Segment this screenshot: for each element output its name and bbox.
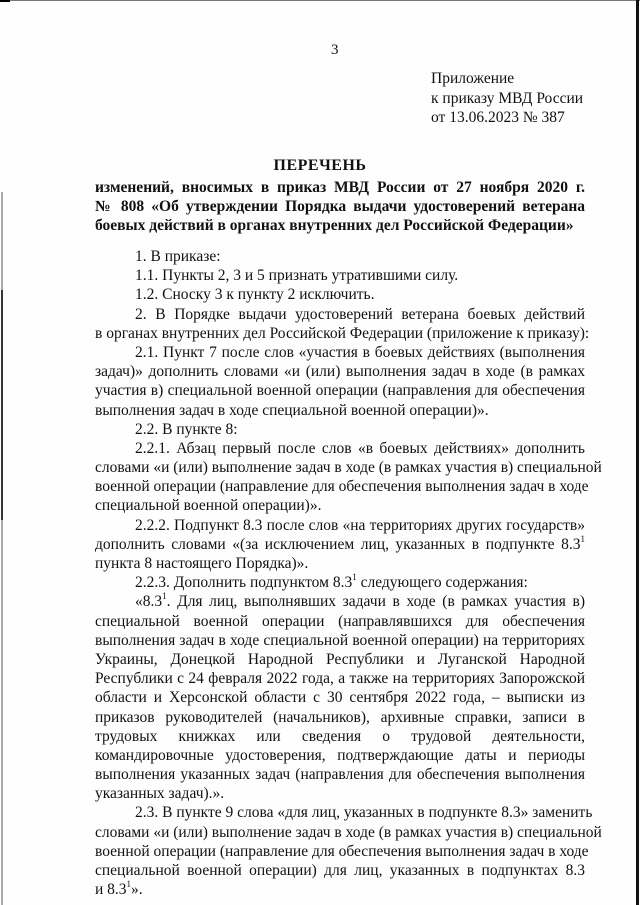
appendix-line: от 13.06.2023 № 387 bbox=[431, 108, 583, 128]
appendix-header: Приложение к приказу МВД России от 13.06… bbox=[431, 69, 583, 128]
body-line: 2.3. В пункте 9 слова «для лиц, указанны… bbox=[95, 803, 585, 822]
body-line: 1.2. Сноску 3 к пункту 2 исключить. bbox=[95, 285, 585, 304]
body-line: пункта 8 настоящего Порядка)». bbox=[95, 554, 585, 573]
body-line: «8.31. Для лиц, выполнявших задачи в ход… bbox=[95, 592, 585, 611]
body-line: словами «и (или) выполнение задач в ходе… bbox=[95, 458, 585, 477]
body-line: специальной военной операции)». bbox=[95, 496, 585, 515]
scan-border-top bbox=[0, 0, 640, 1]
body-line: 2.1. Пункт 7 после слов «участия в боевы… bbox=[95, 343, 585, 362]
page-number: 3 bbox=[331, 42, 339, 59]
body-line: приказов руководителей (начальников), ар… bbox=[95, 708, 585, 727]
body-line: и 8.31». bbox=[95, 880, 585, 899]
body-line: Украины, Донецкой Народной Республики и … bbox=[95, 650, 585, 669]
body-line: 1. В приказе: bbox=[95, 247, 585, 266]
body-line: выполнения задач в ходе специальной воен… bbox=[95, 401, 585, 420]
body-line: 2. В Порядке выдачи удостоверений ветера… bbox=[95, 305, 585, 324]
body-line: военной операции (направление для обеспе… bbox=[95, 842, 585, 861]
body-line: задач)» дополнить словами «и (или) выпол… bbox=[95, 362, 585, 381]
document-title: ПЕРЕЧЕНЬ bbox=[0, 157, 640, 175]
scan-mark-top bbox=[0, 0, 10, 2]
body-line: военной операции (направление для обеспе… bbox=[95, 477, 585, 496]
superscript: 1 bbox=[352, 572, 357, 582]
superscript: 1 bbox=[162, 591, 167, 601]
superscript: 1 bbox=[127, 879, 132, 889]
body-line: трудовых книжках или сведения о трудовой… bbox=[95, 727, 585, 746]
subtitle-line: изменений, вносимых в приказ МВД России … bbox=[95, 178, 585, 197]
body-line: 2.2.1. Абзац первый после слов «в боевых… bbox=[95, 439, 585, 458]
body-line: в органах внутренних дел Российской Феде… bbox=[95, 324, 585, 343]
body-line: выполнения указанных задач (направления … bbox=[95, 765, 585, 784]
superscript: 1 bbox=[581, 534, 586, 544]
body-line: 1.1. Пункты 2, 3 и 5 признать утратившим… bbox=[95, 266, 585, 285]
body-line: выполнения задач в ходе специальной воен… bbox=[95, 631, 585, 650]
scan-border-left-dark bbox=[1, 290, 3, 520]
body-line: Республики с 24 февраля 2022 года, а так… bbox=[95, 669, 585, 688]
subtitle-line: боевых действий в органах внутренних дел… bbox=[95, 216, 585, 235]
body-line: дополнить словами «(за исключением лиц, … bbox=[95, 535, 585, 554]
appendix-line: Приложение bbox=[431, 69, 583, 89]
body-line: 2.2.2. Подпункт 8.3 после слов «на терри… bbox=[95, 516, 585, 535]
document-body: 1. В приказе:1.1. Пункты 2, 3 и 5 призна… bbox=[95, 247, 585, 899]
body-line: указанных задач).». bbox=[95, 784, 585, 803]
body-line: участия в) специальной военной операции … bbox=[95, 381, 585, 400]
body-line: 2.2.3. Дополнить подпунктом 8.31 следующ… bbox=[95, 573, 585, 592]
body-line: специальной военной операции) для лиц, у… bbox=[95, 861, 585, 880]
body-line: словами «и (или) выполнение задач в ходе… bbox=[95, 823, 585, 842]
body-line: 2.2. В пункте 8: bbox=[95, 420, 585, 439]
document-page: 3 Приложение к приказу МВД России от 13.… bbox=[0, 0, 640, 905]
body-line: области и Херсонской области с 30 сентяб… bbox=[95, 688, 585, 707]
body-line: командировочные удостоверения, подтвержд… bbox=[95, 746, 585, 765]
appendix-line: к приказу МВД России bbox=[431, 89, 583, 109]
body-line: специальной военной операции (направлявш… bbox=[95, 612, 585, 631]
scan-border-right bbox=[636, 0, 639, 905]
document-subtitle: изменений, вносимых в приказ МВД России … bbox=[95, 178, 585, 236]
subtitle-line: № 808 «Об утверждении Порядка выдачи удо… bbox=[95, 197, 585, 216]
